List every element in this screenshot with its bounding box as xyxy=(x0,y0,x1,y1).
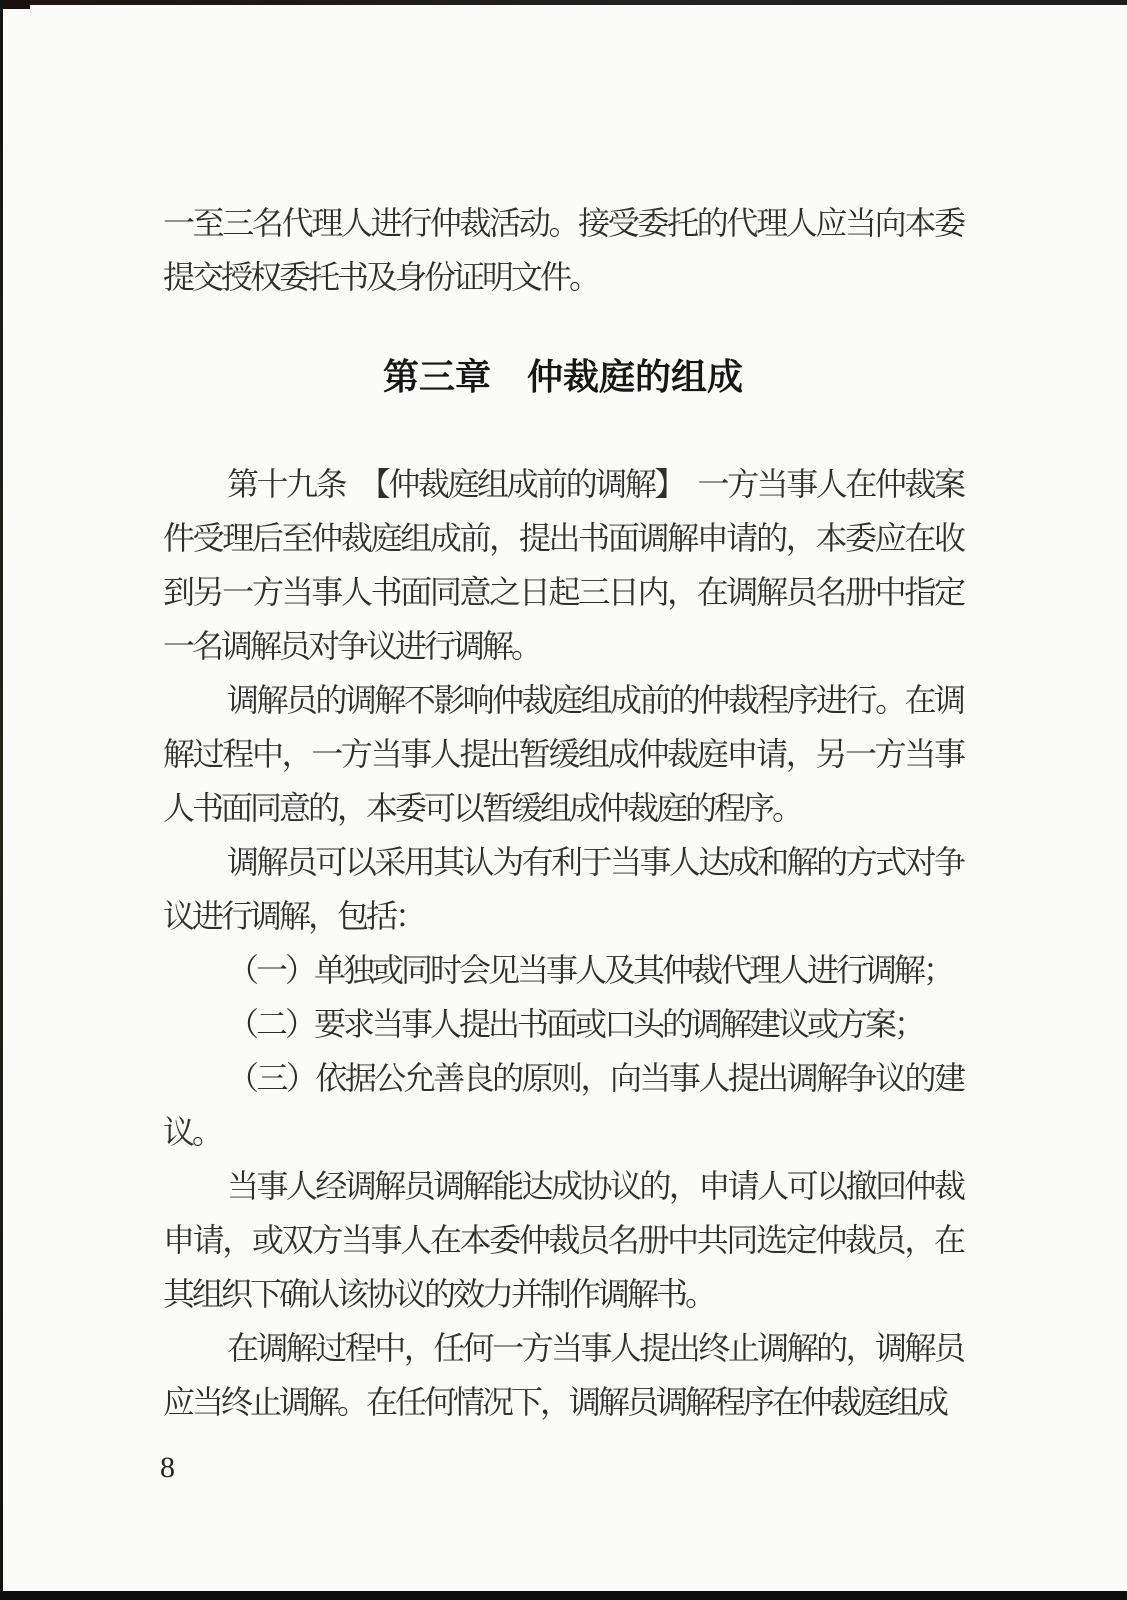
scanned-document-page: 一至三名代理人进行仲裁活动。接受委托的代理人应当向本委提交授权委托书及身份证明文… xyxy=(0,0,1127,1600)
paragraph-mediation-methods-lead: 调解员可以采用其认为有利于当事人达成和解的方式对争议进行调解，包括： xyxy=(163,835,963,943)
page-body: 一至三名代理人进行仲裁活动。接受委托的代理人应当向本委提交授权委托书及身份证明文… xyxy=(163,196,963,1429)
chapter-heading: 第三章 仲裁庭的组成 xyxy=(163,350,963,404)
paragraph-continuation: 一至三名代理人进行仲裁活动。接受委托的代理人应当向本委提交授权委托书及身份证明文… xyxy=(163,196,963,304)
scan-corner-top-left xyxy=(0,0,30,9)
paragraph-mediation-effect: 调解员的调解不影响仲裁庭组成前的仲裁程序进行。在调解过程中，一方当事人提出暂缓组… xyxy=(163,673,963,835)
scan-edge-left xyxy=(0,0,3,1600)
list-item-1: （一）单独或同时会见当事人及其仲裁代理人进行调解； xyxy=(163,943,963,997)
paragraph-article-19: 第十九条 【仲裁庭组成前的调解】 一方当事人在仲裁案件受理后至仲裁庭组成前，提出… xyxy=(163,457,963,673)
scan-edge-top xyxy=(0,0,1127,5)
paragraph-agreement-reached: 当事人经调解员调解能达成协议的，申请人可以撤回仲裁申请，或双方当事人在本委仲裁员… xyxy=(163,1159,963,1321)
paragraph-termination: 在调解过程中，任何一方当事人提出终止调解的，调解员应当终止调解。在任何情况下，调… xyxy=(163,1321,963,1429)
list-item-3: （三）依据公允善良的原则，向当事人提出调解争议的建议。 xyxy=(163,1051,963,1159)
scan-edge-bottom xyxy=(0,1591,1127,1600)
list-item-2: （二）要求当事人提出书面或口头的调解建议或方案； xyxy=(163,997,963,1051)
page-number: 8 xyxy=(160,1448,175,1488)
